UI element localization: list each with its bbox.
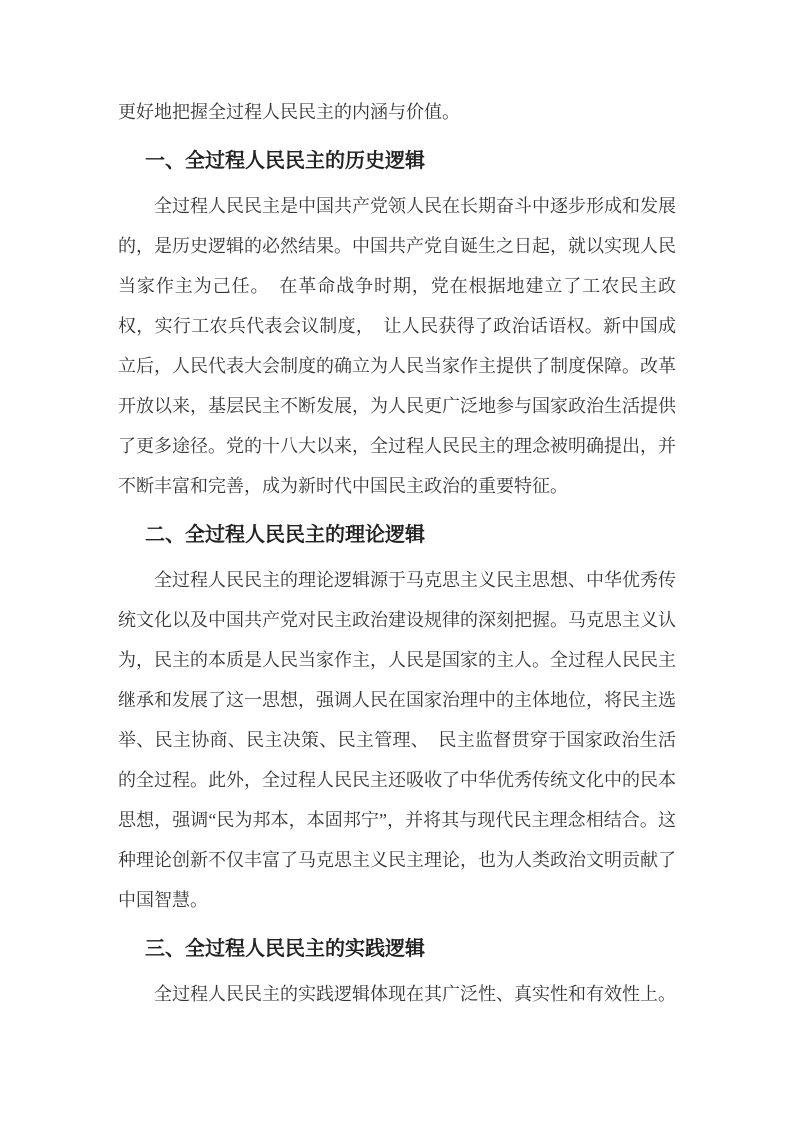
document-page: 更好地把握全过程人民民主的内涵与价值。 一、全过程人民民主的历史逻辑 全过程人民… [0, 0, 793, 1122]
section-3-paragraph: 全过程人民民主的实践逻辑体现在其广泛性、真实性和有效性上。 [118, 974, 676, 1014]
section-2-paragraph: 全过程人民民主的理论逻辑源于马克思主义民主思想、中华优秀传统文化以及中国共产党对… [118, 560, 676, 920]
section-2-heading: 二、全过程人民民主的理论逻辑 [118, 513, 676, 557]
section-3-heading: 三、全过程人民民主的实践逻辑 [118, 927, 676, 971]
paragraph-continuation: 更好地把握全过程人民民主的内涵与价值。 [118, 92, 676, 132]
section-1-paragraph: 全过程人民民主是中国共产党领人民在长期奋斗中逐步形成和发展的，是历史逻辑的必然结… [118, 186, 676, 506]
section-1-heading: 一、全过程人民民主的历史逻辑 [118, 139, 676, 183]
